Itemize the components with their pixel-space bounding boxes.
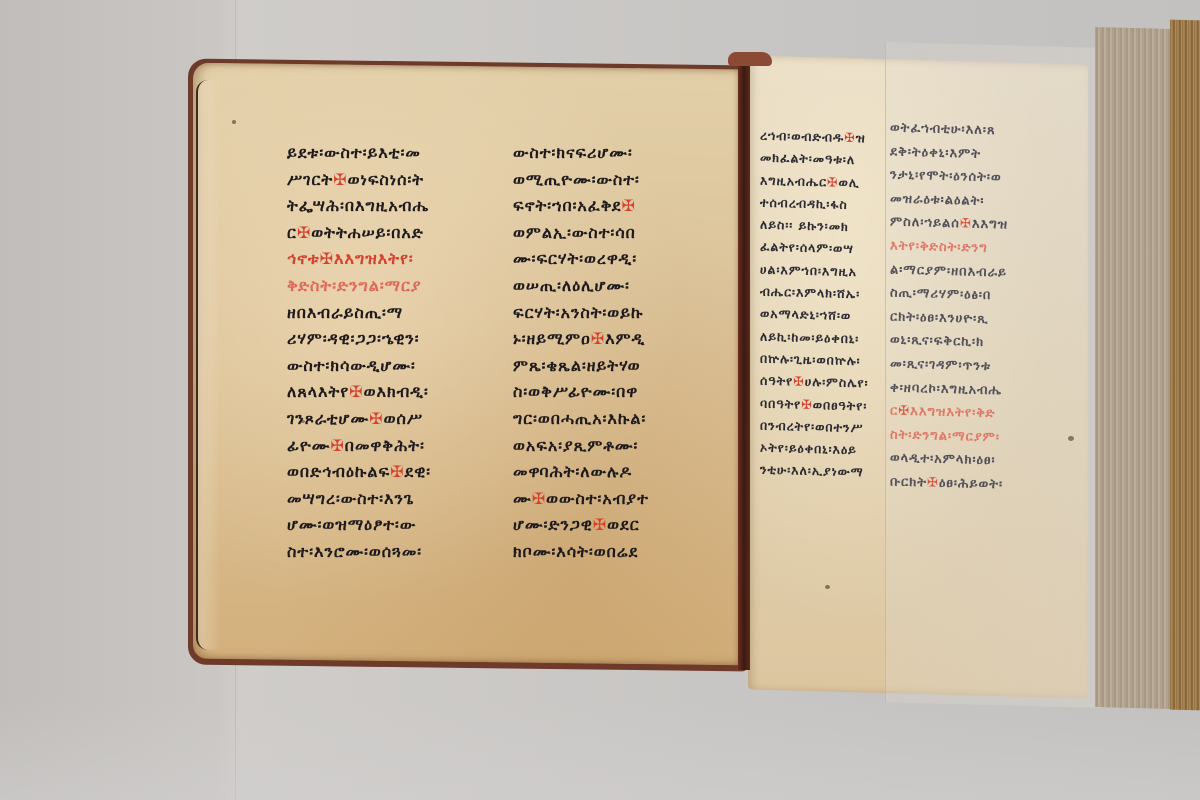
cross-divider-icon: ✠ bbox=[827, 174, 838, 189]
text-line: ሥገርት✠ወነፍስነሰ፡ት bbox=[287, 167, 431, 194]
text-line: ወላዲተ፡አምላክ፡ዕፀ፡ bbox=[890, 447, 1008, 474]
text-line: ሙ✠ወውስተ፡አብያተ bbox=[513, 486, 649, 513]
cross-divider-icon: ✠ bbox=[622, 196, 636, 215]
text-line: ንታኒ፡የሞት፡ዕንሰት፡ወ bbox=[890, 164, 1008, 191]
text-line: ወሚጢዮሙ፡ውስተ፡ bbox=[513, 167, 649, 194]
cross-divider-icon: ✠ bbox=[532, 489, 546, 508]
text-line: ወሠጢ፡ለዕሊሆሙ፡ bbox=[513, 273, 649, 300]
text-line: ኦትየ፡ይዕቀበኒ፡እዕይ bbox=[760, 437, 869, 462]
text-line: ባበዓትየ✠ወበፀዓትየ፡ bbox=[760, 392, 869, 417]
text-line: መዋባሕት፡ለውሉዶ bbox=[513, 459, 649, 486]
parchment-spot bbox=[1068, 436, 1074, 441]
text-line: ወትፈኀብቲሁ፡እለ፡ጸ bbox=[890, 116, 1008, 143]
text-line: ፊዮሙ✠በመዋቅሕት፡ bbox=[287, 433, 431, 460]
text-line: ገንጾራቲሆሙ✠ወሰሥ bbox=[287, 406, 431, 433]
text-line: ሰዓትየ✠ሀሉ፡ምስሌየ፡ bbox=[760, 370, 869, 395]
rubric-line: ስት፡ድንግል፡ማርያም፡ bbox=[890, 423, 1008, 450]
cross-divider-icon: ✠ bbox=[369, 409, 383, 428]
text-line: ለጸላእትየ✠ወእክብዲ፡ bbox=[287, 379, 431, 406]
cross-divider-icon: ✠ bbox=[333, 170, 347, 189]
text-line: ሪሃም፡ዳዊ፡ጋጋ፡ኄዊን፡ bbox=[287, 326, 431, 353]
cross-divider-icon: ✠ bbox=[297, 223, 311, 242]
cross-divider-icon: ✠ bbox=[349, 382, 363, 401]
cross-divider-icon: ✠ bbox=[390, 462, 404, 481]
left-page-edge bbox=[196, 80, 220, 650]
page-block-edge bbox=[1170, 20, 1200, 711]
cross-divider-icon: ✠ bbox=[927, 475, 939, 490]
text-line: ፍርሃት፡አንስት፡ወይኩ bbox=[513, 300, 649, 327]
text-line: በንብረትየ፡ወበተንሥ bbox=[760, 414, 869, 439]
text-line: ርክት፡ዕፀ፡እንሀዮ፡ጺ bbox=[890, 305, 1008, 332]
text-line: ኑ፡ዘይሚምዐ✠እምዲ bbox=[513, 326, 649, 353]
text-line: ምጼ፡ቄጼል፡ዘይትሃወ bbox=[513, 353, 649, 380]
text-line: ውስተ፡ክሳውዲሆሙ፡ bbox=[287, 353, 431, 380]
parchment-spot bbox=[232, 120, 236, 124]
text-line: ተሰብረብዳኪ፡ፋስ bbox=[760, 191, 869, 216]
text-line: ር✠ወትትሐሠይ፡በአድ bbox=[287, 220, 431, 247]
left-page-column-2: ውስተ፡ክናፍሪሆሙ፡ ወሚጢዮሙ፡ውስተ፡ ፍኖት፡ኀበ፡አፈቅደ✠ ወምልኢ… bbox=[513, 140, 649, 566]
page-block bbox=[1095, 27, 1170, 709]
text-line: ሀል፡እምኀበ፡እግዚአ bbox=[760, 258, 869, 283]
cross-divider-icon: ✠ bbox=[330, 436, 344, 455]
text-line: ወአማላድኒ፡ኀሸ፡ወ bbox=[760, 303, 869, 328]
cross-divider-icon: ✠ bbox=[898, 404, 910, 419]
text-line: ክቦሙ፡እሳት፡ወበሬደ bbox=[513, 539, 649, 566]
text-line: ደቅ፡ትዕቀኒ፡እምት bbox=[890, 140, 1008, 167]
cross-divider-icon: ✠ bbox=[801, 396, 812, 411]
text-line: ውስተ፡ክናፍሪሆሙ፡ bbox=[513, 140, 649, 167]
rubric-line: ቅድስት፡ድንግል፡ማርያ bbox=[287, 273, 431, 300]
text-line: ብሔር፡እምላክ፡ሸኤ፡ bbox=[760, 281, 869, 306]
text-line: ሆሙ፡ድንጋዊ✠ወደር bbox=[513, 512, 649, 539]
binding-gutter bbox=[738, 58, 750, 670]
text-line: ል፡ማርያም፡ዘበእብራይ bbox=[890, 258, 1008, 285]
text-line: ረኀብ፡ወብድብዱ✠ዝ bbox=[760, 125, 869, 150]
text-line: ለይኪ፡ከመ፡ይዕቀበኒ፡ bbox=[760, 325, 869, 350]
parchment-spot bbox=[825, 585, 830, 589]
text-line: ትፌሣሕ፡በእግዚአብሔ bbox=[287, 193, 431, 220]
text-line: መክፈልት፡መዓቱ፡ለ bbox=[760, 147, 869, 172]
text-line: በኵሉ፡ጊዜ፡ወበኵሉ፡ bbox=[760, 348, 869, 373]
left-page-column-1: ይደቱ፡ውስተ፡ይእቲ፡መ ሥገርት✠ወነፍስነሰ፡ት ትፌሣሕ፡በእግዚአብሔ… bbox=[287, 140, 431, 566]
text-line: ንቲሁ፡እለ፡ኢያነውማ bbox=[760, 459, 869, 484]
cross-divider-icon: ✠ bbox=[960, 217, 972, 232]
text-line: ወኒ፡ጺና፡ፍቅርኪ፡ክ bbox=[890, 329, 1008, 356]
rubric-line: ኅኖቱ✠እእግዝእትየ፡ bbox=[287, 246, 431, 273]
text-line: መሣግረ፡ውስተ፡እንጌ bbox=[287, 486, 431, 513]
text-line: ግር፡ወበሓጢአ፡እኩል፡ bbox=[513, 406, 649, 433]
headband bbox=[728, 52, 772, 66]
cross-divider-icon: ✠ bbox=[320, 249, 334, 268]
cross-divider-icon: ✠ bbox=[844, 130, 855, 145]
text-line: ስጢ፡ማሪሃም፡ዕፅ፡በ bbox=[890, 282, 1008, 309]
text-line: ስተ፡እንሮሙ፡ወሰጓመ፡ bbox=[287, 539, 431, 566]
right-page-column-2: ወትፈኀብቲሁ፡እለ፡ጸ ደቅ፡ትዕቀኒ፡እምት ንታኒ፡የሞት፡ዕንሰት፡ወ … bbox=[890, 116, 1008, 497]
text-line: ዘበእብራይስጢ፡ማ bbox=[287, 300, 431, 327]
text-line: ስ፡ወቅሥፊዮሙ፡በዋ bbox=[513, 379, 649, 406]
cross-divider-icon: ✠ bbox=[593, 515, 607, 534]
text-line: እግዚአብሔር✠ወሊ bbox=[760, 169, 869, 194]
right-page-column-1: ረኀብ፡ወብድብዱ✠ዝ መክፈልት፡መዓቱ፡ለ እግዚአብሔር✠ወሊ ተሰብረብ… bbox=[760, 125, 869, 485]
text-line: ይደቱ፡ውስተ፡ይእቲ፡መ bbox=[287, 140, 431, 167]
rubric-line: ር✠እእግዝእትየ፡ቅድ bbox=[890, 400, 1008, 427]
rubric-line: እትየ፡ቅድስት፡ድንግ bbox=[890, 234, 1008, 261]
text-line: ወምልኢ፡ውስተ፡ሳበ bbox=[513, 220, 649, 247]
text-line: ለይስ፡፡ ይኩን፡መክ bbox=[760, 214, 869, 239]
text-line: ወበድኅብዕኩልፍ✠ደዊ፡ bbox=[287, 459, 431, 486]
text-line: ሆሙ፡ወዝማዕፆተ፡ው bbox=[287, 512, 431, 539]
text-line: ቡርክት✠ዕፀ፡ሕይወት፡ bbox=[890, 470, 1008, 497]
text-line: ወአፍአ፡ያጺምቶሙ፡ bbox=[513, 433, 649, 460]
text-line: ፍኖት፡ኀበ፡አፈቅደ✠ bbox=[513, 193, 649, 220]
text-line: ቀ፡ዘባረኮ፡እግዚአብሔ bbox=[890, 376, 1008, 403]
text-line: መዝራዕቱ፡ልዕልት፡ bbox=[890, 187, 1008, 214]
text-line: መ፡ጺና፡ገዳም፡ጥንቱ bbox=[890, 352, 1008, 379]
cross-divider-icon: ✠ bbox=[591, 329, 605, 348]
text-line: ፈልትየ፡ሰላም፡ወሣ bbox=[760, 236, 869, 261]
cross-divider-icon: ✠ bbox=[793, 374, 804, 389]
manuscript-book: ይደቱ፡ውስተ፡ይእቲ፡መ ሥገርት✠ወነፍስነሰ፡ት ትፌሣሕ፡በእግዚአብሔ… bbox=[0, 0, 1200, 800]
rubric-line: ምስለ፡ኀይልሰ✠እእግዝ bbox=[890, 211, 1008, 238]
left-parchment-page bbox=[193, 63, 741, 666]
text-line: ሙ፡ፍርሃት፡ወረዋዲ፡ bbox=[513, 246, 649, 273]
